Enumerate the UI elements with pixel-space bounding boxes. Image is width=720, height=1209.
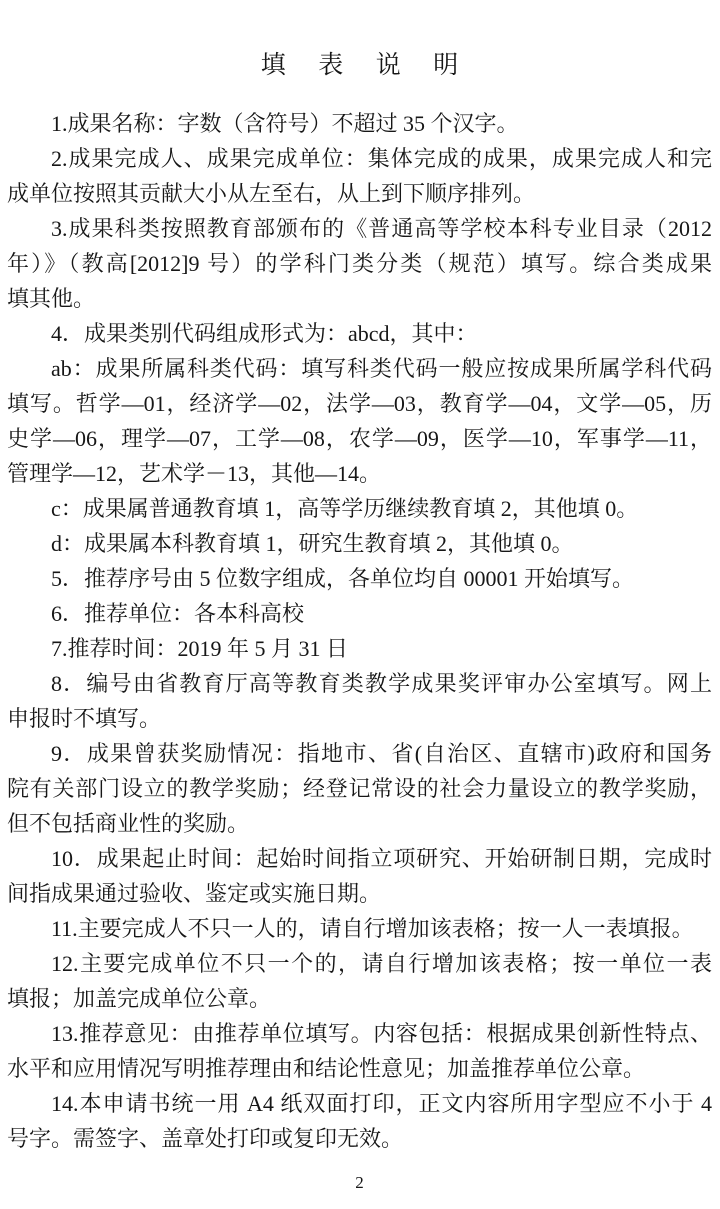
instruction-item-11: 11.主要完成人不只一人的，请自行增加该表格；按一人一表填报。 [7, 911, 712, 946]
text-line: 8．编号由省教育厅高等教育类教学成果奖评审办公室填写。网上 [7, 666, 712, 701]
text-line: 2.成果完成人、成果完成单位：集体完成的成果，成果完成人和完 [7, 141, 712, 176]
text-line: 7.推荐时间：2019 年 5 月 31 日 [7, 631, 712, 666]
instruction-item-4-d: d：成果属本科教育填 1，研究生教育填 2，其他填 0。 [7, 526, 712, 561]
instruction-item-8: 8．编号由省教育厅高等教育类教学成果奖评审办公室填写。网上 申报时不填写。 [7, 666, 712, 736]
page-number: 2 [7, 1172, 712, 1194]
instruction-item-14: 14.本申请书统一用 A4 纸双面打印，正文内容所用字型应不小于 4 号字。需签… [7, 1086, 712, 1156]
instruction-item-4: 4．成果类别代码组成形式为：abcd，其中： [7, 316, 712, 351]
instruction-item-4-c: c：成果属普通教育填 1，高等学历继续教育填 2，其他填 0。 [7, 491, 712, 526]
instruction-item-3: 3.成果科类按照教育部颁布的《普通高等学校本科专业目录（2012 年）》（教高[… [7, 211, 712, 316]
text-line: 14.本申请书统一用 A4 纸双面打印，正文内容所用字型应不小于 4 [7, 1086, 712, 1121]
instructions-body: 1.成果名称：字数（含符号）不超过 35 个汉字。 2.成果完成人、成果完成单位… [7, 106, 712, 1156]
text-line: 9．成果曾获奖励情况：指地市、省(自治区、直辖市)政府和国务 [7, 736, 712, 771]
text-line: 史学—06，理学—07，工学—08，农学—09，医学—10，军事学—11， [7, 421, 712, 456]
text-line: 10．成果起止时间：起始时间指立项研究、开始研制日期，完成时 [7, 841, 712, 876]
text-line: 年）》（教高[2012]9 号）的学科门类分类（规范）填写。综合类成果 [7, 246, 712, 281]
instruction-item-1: 1.成果名称：字数（含符号）不超过 35 个汉字。 [7, 106, 712, 141]
text-line: 13.推荐意见：由推荐单位填写。内容包括：根据成果创新性特点、 [7, 1016, 712, 1051]
instruction-item-10: 10．成果起止时间：起始时间指立项研究、开始研制日期，完成时 间指成果通过验收、… [7, 841, 712, 911]
instruction-item-6: 6．推荐单位：各本科高校 [7, 596, 712, 631]
text-line: 水平和应用情况写明推荐理由和结论性意见；加盖推荐单位公章。 [7, 1051, 712, 1086]
instruction-item-5: 5．推荐序号由 5 位数字组成，各单位均自 00001 开始填写。 [7, 561, 712, 596]
page-title: 填表说明 [7, 50, 712, 82]
text-line: 1.成果名称：字数（含符号）不超过 35 个汉字。 [7, 106, 712, 141]
text-line: 填报；加盖完成单位公章。 [7, 981, 712, 1016]
text-line: 申报时不填写。 [7, 701, 712, 736]
text-line: 4．成果类别代码组成形式为：abcd，其中： [7, 316, 712, 351]
text-line: 间指成果通过验收、鉴定或实施日期。 [7, 876, 712, 911]
text-line: 院有关部门设立的教学奖励；经登记常设的社会力量设立的教学奖励， [7, 771, 712, 806]
text-line: 号字。需签字、盖章处打印或复印无效。 [7, 1121, 712, 1156]
text-line: 5．推荐序号由 5 位数字组成，各单位均自 00001 开始填写。 [7, 561, 712, 596]
text-line: 11.主要完成人不只一人的，请自行增加该表格；按一人一表填报。 [7, 911, 712, 946]
text-line: 成单位按照其贡献大小从左至右，从上到下顺序排列。 [7, 176, 712, 211]
instruction-item-12: 12.主要完成单位不只一个的，请自行增加该表格；按一单位一表 填报；加盖完成单位… [7, 946, 712, 1016]
text-line: 管理学—12，艺术学－13，其他—14。 [7, 456, 712, 491]
text-line: d：成果属本科教育填 1，研究生教育填 2，其他填 0。 [7, 526, 712, 561]
document-page: 填表说明 1.成果名称：字数（含符号）不超过 35 个汉字。 2.成果完成人、成… [0, 0, 720, 1209]
instruction-item-9: 9．成果曾获奖励情况：指地市、省(自治区、直辖市)政府和国务 院有关部门设立的教… [7, 736, 712, 841]
instruction-item-7: 7.推荐时间：2019 年 5 月 31 日 [7, 631, 712, 666]
text-line: c：成果属普通教育填 1，高等学历继续教育填 2，其他填 0。 [7, 491, 712, 526]
text-line: 填写。哲学—01，经济学—02，法学—03，教育学—04，文学—05，历 [7, 386, 712, 421]
text-line: 12.主要完成单位不只一个的，请自行增加该表格；按一单位一表 [7, 946, 712, 981]
text-line: 填其他。 [7, 281, 712, 316]
text-line: 3.成果科类按照教育部颁布的《普通高等学校本科专业目录（2012 [7, 211, 712, 246]
instruction-item-13: 13.推荐意见：由推荐单位填写。内容包括：根据成果创新性特点、 水平和应用情况写… [7, 1016, 712, 1086]
text-line: ab：成果所属科类代码：填写科类代码一般应按成果所属学科代码 [7, 351, 712, 386]
text-line: 6．推荐单位：各本科高校 [7, 596, 712, 631]
instruction-item-2: 2.成果完成人、成果完成单位：集体完成的成果，成果完成人和完 成单位按照其贡献大… [7, 141, 712, 211]
text-line: 但不包括商业性的奖励。 [7, 806, 712, 841]
instruction-item-4-ab: ab：成果所属科类代码：填写科类代码一般应按成果所属学科代码 填写。哲学—01，… [7, 351, 712, 491]
